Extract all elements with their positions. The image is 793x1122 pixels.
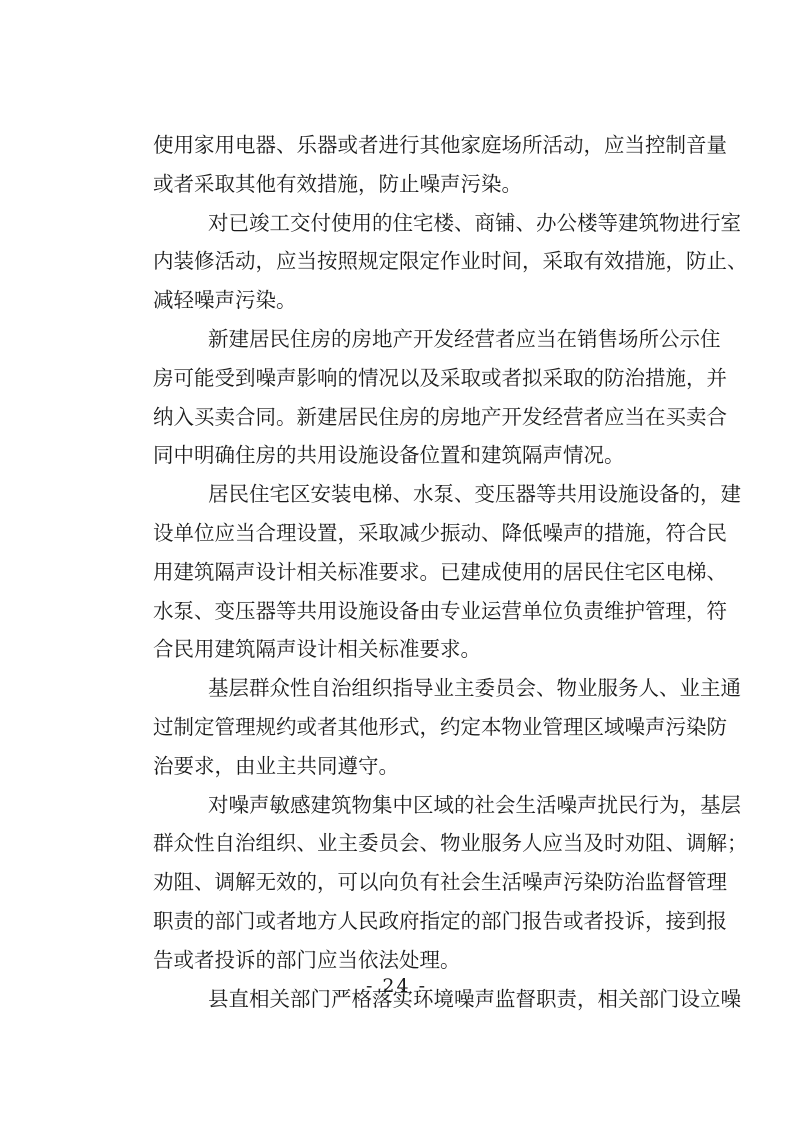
text-line: 房可能受到噪声影响的情况以及采取或者拟采取的防治措施，并 bbox=[153, 359, 683, 398]
text-line: 同中明确住房的共用设施设备位置和建筑隔声情况。 bbox=[153, 436, 683, 475]
text-line: 对已竣工交付使用的住宅楼、商铺、办公楼等建筑物进行室 bbox=[153, 204, 683, 243]
text-line: 基层群众性自治组织指导业主委员会、物业服务人、业主通 bbox=[153, 669, 683, 708]
text-line: 用建筑隔声设计相关标准要求。已建成使用的居民住宅区电梯、 bbox=[153, 553, 683, 592]
paragraph-complaint-handling: 对噪声敏感建筑物集中区域的社会生活噪声扰民行为，基层 群众性自治组织、业主委员会… bbox=[153, 786, 683, 980]
page-number: - 24 - bbox=[0, 975, 793, 997]
text-line: 设单位应当合理设置，采取减少振动、降低噪声的措施，符合民 bbox=[153, 514, 683, 553]
paragraph-renovation-noise: 对已竣工交付使用的住宅楼、商铺、办公楼等建筑物进行室 内装修活动，应当按照规定限… bbox=[153, 204, 683, 320]
paragraph-community-rules: 基层群众性自治组织指导业主委员会、物业服务人、业主通 过制定管理规约或者其他形式… bbox=[153, 669, 683, 785]
text-line: 对噪声敏感建筑物集中区域的社会生活噪声扰民行为，基层 bbox=[153, 786, 683, 825]
document-body: 使用家用电器、乐器或者进行其他家庭场所活动，应当控制音量 或者采取其他有效措施，… bbox=[153, 126, 683, 1018]
paragraph-household-noise: 使用家用电器、乐器或者进行其他家庭场所活动，应当控制音量 或者采取其他有效措施，… bbox=[153, 126, 683, 204]
text-line: 告或者投诉的部门应当依法处理。 bbox=[153, 941, 683, 980]
text-line: 纳入买卖合同。新建居民住房的房地产开发经营者应当在买卖合 bbox=[153, 398, 683, 437]
text-line: 或者采取其他有效措施，防止噪声污染。 bbox=[153, 165, 683, 204]
text-line: 合民用建筑隔声设计相关标准要求。 bbox=[153, 630, 683, 669]
text-line: 使用家用电器、乐器或者进行其他家庭场所活动，应当控制音量 bbox=[153, 126, 683, 165]
text-line: 劝阻、调解无效的，可以向负有社会生活噪声污染防治监督管理 bbox=[153, 863, 683, 902]
text-line: 居民住宅区安装电梯、水泵、变压器等共用设施设备的，建 bbox=[153, 475, 683, 514]
text-line: 职责的部门或者地方人民政府指定的部门报告或者投诉，接到报 bbox=[153, 902, 683, 941]
text-line: 减轻噪声污染。 bbox=[153, 281, 683, 320]
text-line: 新建居民住房的房地产开发经营者应当在销售场所公示住 bbox=[153, 320, 683, 359]
text-line: 群众性自治组织、业主委员会、物业服务人应当及时劝阻、调解； bbox=[153, 824, 683, 863]
text-line: 水泵、变压器等共用设施设备由专业运营单位负责维护管理，符 bbox=[153, 592, 683, 631]
paragraph-real-estate-disclosure: 新建居民住房的房地产开发经营者应当在销售场所公示住 房可能受到噪声影响的情况以及… bbox=[153, 320, 683, 475]
paragraph-shared-facilities: 居民住宅区安装电梯、水泵、变压器等共用设施设备的，建 设单位应当合理设置，采取减… bbox=[153, 475, 683, 669]
document-page: 使用家用电器、乐器或者进行其他家庭场所活动，应当控制音量 或者采取其他有效措施，… bbox=[0, 0, 793, 1122]
text-line: 过制定管理规约或者其他形式，约定本物业管理区域噪声污染防 bbox=[153, 708, 683, 747]
text-line: 内装修活动，应当按照规定限定作业时间，采取有效措施，防止、 bbox=[153, 242, 683, 281]
text-line: 治要求，由业主共同遵守。 bbox=[153, 747, 683, 786]
